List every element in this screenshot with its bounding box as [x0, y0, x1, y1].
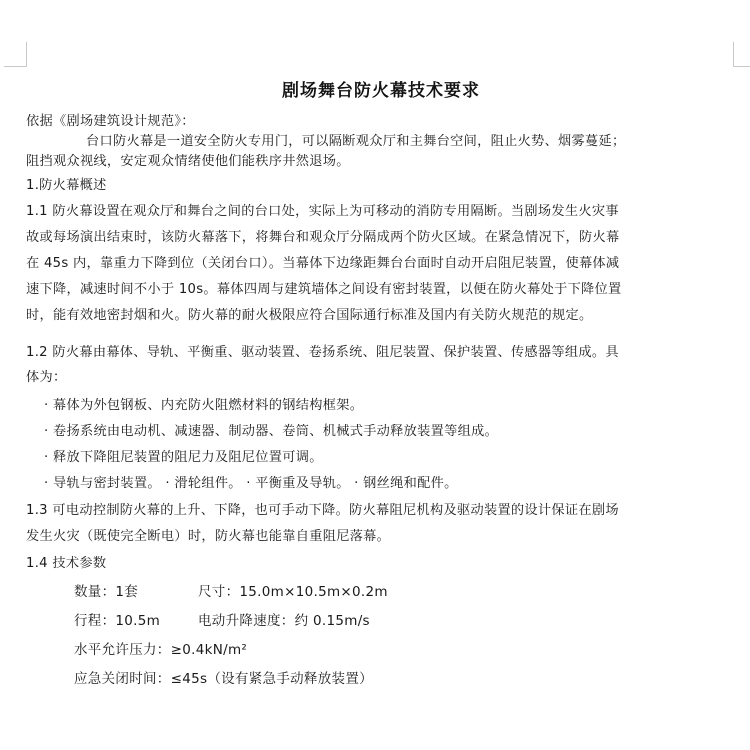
- intro-line: 台口防火幕是一道安全防火专用门，可以隔断观众厅和主舞台空间，阻止火势、烟雾蔓延；: [86, 130, 626, 149]
- param-row: 行程：10.5m 电动升降速度：约 0.15m/s: [74, 609, 160, 629]
- bullet-item: · 幕体为外包钢板、内充防火阻燃材料的钢结构框架。: [44, 394, 363, 413]
- param-quantity: 数量：1套: [74, 584, 138, 600]
- param-travel: 行程：10.5m: [74, 613, 160, 629]
- param-speed: 电动升降速度：约 0.15m/s: [198, 609, 370, 629]
- param-row: 应急关闭时间：≤45s（设有紧急手动释放装置）: [74, 667, 373, 687]
- bullet-item: · 卷扬系统由电动机、减速器、制动器、卷筒、机械式手动释放装置等组成。: [44, 420, 498, 439]
- paragraph-line: 发生火灾（既使完全断电）时，防火幕也能靠自重阻尼落幕。: [26, 525, 390, 544]
- param-row: 数量：1套 尺寸：15.0m×10.5m×0.2m: [74, 580, 138, 600]
- basis-line: 依据《剧场建筑设计规范》：: [26, 110, 195, 129]
- paragraph-line: 1.2 防火幕由幕体、导轨、平衡重、驱动装置、卷扬系统、阻尼装置、保护装置、传感…: [26, 341, 619, 360]
- bullet-item: · 释放下降阻尼装置的阻尼力及阻尼位置可调。: [44, 446, 323, 465]
- param-closing-time: 应急关闭时间：≤45s（设有紧急手动释放装置）: [74, 671, 373, 687]
- paragraph-line: 时，能有效地密封烟和火。防火幕的耐火极限应符合国际通行标准及国内有关防火规范的规…: [26, 304, 592, 323]
- param-size: 尺寸：15.0m×10.5m×0.2m: [198, 580, 388, 600]
- paragraph-line: 体为：: [26, 366, 66, 385]
- section-heading: 1.4 技术参数: [26, 552, 106, 571]
- paragraph-line: 在 45s 内，靠重力下降到位（关闭台口）。当幕体下边缘距舞台台面时自动开启阻尼…: [26, 252, 619, 271]
- bullet-item: · 导轨与密封装置。 · 滑轮组件。 · 平衡重及导轨。 · 钢丝绳和配件。: [44, 472, 458, 491]
- paragraph-line: 故或每场演出结束时，该防火幕落下，将舞台和观众厅分隔成两个防火区域。在紧急情况下…: [26, 226, 619, 245]
- intro-line: 阻挡观众视线，安定观众情绪使他们能秩序井然退场。: [26, 150, 350, 169]
- section-heading: 1.防火幕概述: [26, 174, 107, 193]
- document-title: 剧场舞台防火幕技术要求: [26, 76, 736, 101]
- paragraph-line: 1.1 防火幕设置在观众厅和舞台之间的台口处，实际上为可移动的消防专用隔断。当剧…: [26, 200, 619, 219]
- page-corner-mark-top-left: [4, 42, 27, 67]
- param-row: 水平允许压力：≥0.4kN/m²: [74, 638, 247, 658]
- paragraph-line: 速下降，减速时间不小于 10s。幕体四周与建筑墙体之间设有密封装置，以便在防火幕…: [26, 278, 622, 297]
- page-corner-mark-top-right: [733, 42, 750, 67]
- paragraph-line: 1.3 可电动控制防火幕的上升、下降，也可手动下降。防火幕阻尼机构及驱动装置的设…: [26, 499, 619, 518]
- param-pressure: 水平允许压力：≥0.4kN/m²: [74, 642, 247, 658]
